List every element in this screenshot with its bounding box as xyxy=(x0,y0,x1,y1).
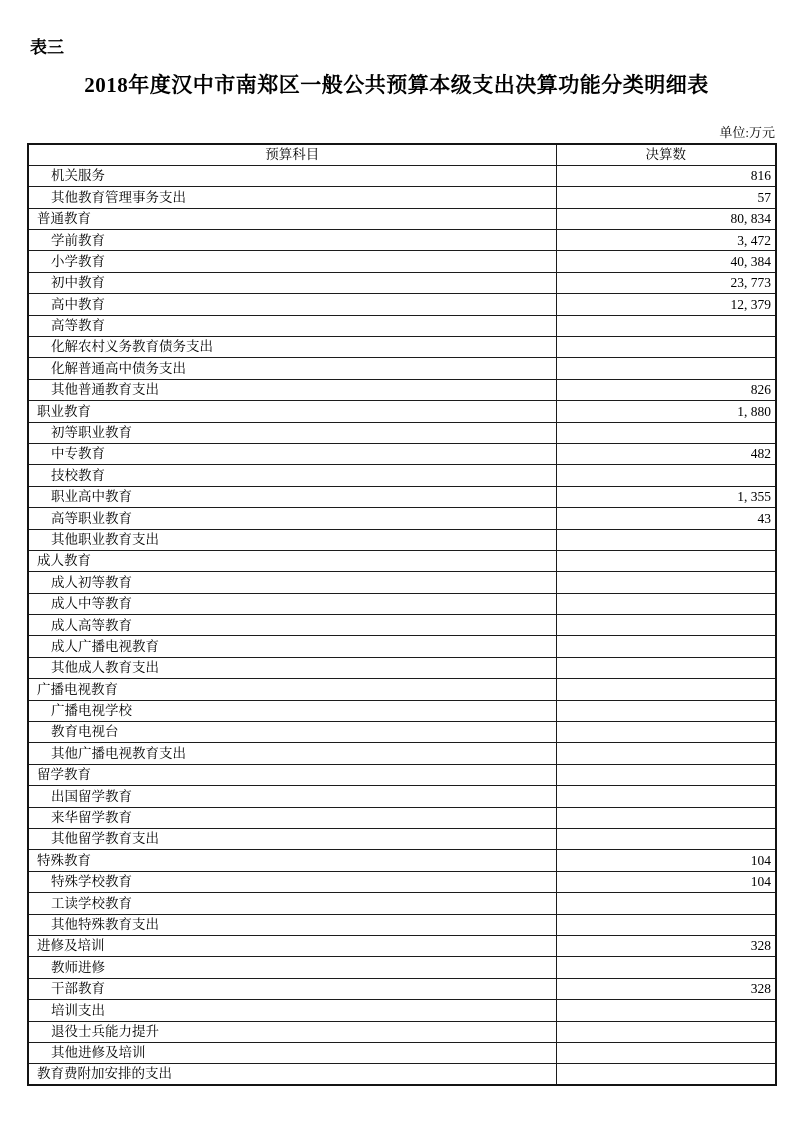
table-row: 初中教育23, 773 xyxy=(28,272,776,293)
subject-cell: 其他进修及培训 xyxy=(28,1042,556,1063)
page-title: 2018年度汉中市南郑区一般公共预算本级支出决算功能分类明细表 xyxy=(0,69,793,99)
table-row: 普通教育80, 834 xyxy=(28,208,776,229)
subject-cell: 成人高等教育 xyxy=(28,615,556,636)
amount-cell xyxy=(556,636,776,657)
table-row: 干部教育328 xyxy=(28,978,776,999)
amount-cell xyxy=(556,914,776,935)
amount-cell xyxy=(556,358,776,379)
table-row: 培训支出 xyxy=(28,1000,776,1021)
subject-cell: 教师进修 xyxy=(28,957,556,978)
amount-cell: 482 xyxy=(556,443,776,464)
subject-cell: 技校教育 xyxy=(28,465,556,486)
amount-cell xyxy=(556,893,776,914)
table-row: 技校教育 xyxy=(28,465,776,486)
amount-cell xyxy=(556,337,776,358)
amount-cell xyxy=(556,1021,776,1042)
table-row: 出国留学教育 xyxy=(28,786,776,807)
amount-cell xyxy=(556,700,776,721)
table-row: 退役士兵能力提升 xyxy=(28,1021,776,1042)
table-row: 成人初等教育 xyxy=(28,572,776,593)
amount-cell xyxy=(556,615,776,636)
table-row: 留学教育 xyxy=(28,764,776,785)
subject-cell: 来华留学教育 xyxy=(28,807,556,828)
table-row: 学前教育3, 472 xyxy=(28,230,776,251)
table-row: 来华留学教育 xyxy=(28,807,776,828)
subject-cell: 其他职业教育支出 xyxy=(28,529,556,550)
table-row: 化解普通高中债务支出 xyxy=(28,358,776,379)
table-row: 初等职业教育 xyxy=(28,422,776,443)
amount-cell: 3, 472 xyxy=(556,230,776,251)
table-row: 高中教育12, 379 xyxy=(28,294,776,315)
table-number-label: 表三 xyxy=(30,33,64,58)
subject-cell: 其他广播电视教育支出 xyxy=(28,743,556,764)
table-row: 其他特殊教育支出 xyxy=(28,914,776,935)
table-row: 成人高等教育 xyxy=(28,615,776,636)
table-row: 其他教育管理事务支出57 xyxy=(28,187,776,208)
amount-cell xyxy=(556,764,776,785)
subject-cell: 化解农村义务教育债务支出 xyxy=(28,337,556,358)
subject-cell: 成人中等教育 xyxy=(28,593,556,614)
amount-cell xyxy=(556,1064,776,1085)
amount-cell: 816 xyxy=(556,165,776,186)
table-row: 中专教育482 xyxy=(28,443,776,464)
table-row: 教师进修 xyxy=(28,957,776,978)
amount-cell xyxy=(556,786,776,807)
amount-cell: 1, 880 xyxy=(556,401,776,422)
subject-cell: 特殊学校教育 xyxy=(28,871,556,892)
amount-cell xyxy=(556,593,776,614)
subject-cell: 成人广播电视教育 xyxy=(28,636,556,657)
table-row: 成人广播电视教育 xyxy=(28,636,776,657)
amount-cell xyxy=(556,807,776,828)
unit-label: 单位:万元 xyxy=(719,122,775,141)
table-row: 其他广播电视教育支出 xyxy=(28,743,776,764)
subject-cell: 广播电视学校 xyxy=(28,700,556,721)
amount-cell: 80, 834 xyxy=(556,208,776,229)
table-row: 进修及培训328 xyxy=(28,935,776,956)
amount-cell: 57 xyxy=(556,187,776,208)
table-row: 成人中等教育 xyxy=(28,593,776,614)
subject-cell: 化解普通高中债务支出 xyxy=(28,358,556,379)
subject-cell: 广播电视教育 xyxy=(28,679,556,700)
amount-cell: 12, 379 xyxy=(556,294,776,315)
budget-table: 预算科目 决算数 机关服务816其他教育管理事务支出57普通教育80, 834学… xyxy=(27,143,777,1086)
amount-cell: 43 xyxy=(556,508,776,529)
table-row: 广播电视教育 xyxy=(28,679,776,700)
table-row: 高等职业教育43 xyxy=(28,508,776,529)
subject-cell: 特殊教育 xyxy=(28,850,556,871)
subject-cell: 进修及培训 xyxy=(28,935,556,956)
amount-cell xyxy=(556,957,776,978)
table-row: 教育电视台 xyxy=(28,722,776,743)
amount-cell xyxy=(556,422,776,443)
amount-cell xyxy=(556,1042,776,1063)
table-row: 成人教育 xyxy=(28,550,776,571)
subject-cell: 教育电视台 xyxy=(28,722,556,743)
subject-cell: 其他特殊教育支出 xyxy=(28,914,556,935)
table-row: 职业教育1, 880 xyxy=(28,401,776,422)
subject-cell: 职业教育 xyxy=(28,401,556,422)
amount-cell xyxy=(556,722,776,743)
subject-cell: 小学教育 xyxy=(28,251,556,272)
subject-cell: 其他教育管理事务支出 xyxy=(28,187,556,208)
amount-cell xyxy=(556,465,776,486)
column-header-subject: 预算科目 xyxy=(28,144,556,165)
subject-cell: 高等教育 xyxy=(28,315,556,336)
table-row: 工读学校教育 xyxy=(28,893,776,914)
table-row: 特殊教育104 xyxy=(28,850,776,871)
column-header-amount: 决算数 xyxy=(556,144,776,165)
table-row: 其他成人教育支出 xyxy=(28,657,776,678)
table-row: 其他留学教育支出 xyxy=(28,829,776,850)
table-row: 广播电视学校 xyxy=(28,700,776,721)
amount-cell xyxy=(556,1000,776,1021)
amount-cell: 328 xyxy=(556,978,776,999)
table-row: 其他进修及培训 xyxy=(28,1042,776,1063)
subject-cell: 机关服务 xyxy=(28,165,556,186)
subject-cell: 退役士兵能力提升 xyxy=(28,1021,556,1042)
subject-cell: 职业高中教育 xyxy=(28,486,556,507)
amount-cell: 826 xyxy=(556,379,776,400)
subject-cell: 普通教育 xyxy=(28,208,556,229)
subject-cell: 高中教育 xyxy=(28,294,556,315)
table-row: 教育费附加安排的支出 xyxy=(28,1064,776,1085)
subject-cell: 成人初等教育 xyxy=(28,572,556,593)
subject-cell: 出国留学教育 xyxy=(28,786,556,807)
subject-cell: 成人教育 xyxy=(28,550,556,571)
amount-cell xyxy=(556,657,776,678)
amount-cell: 104 xyxy=(556,850,776,871)
amount-cell xyxy=(556,743,776,764)
table-row: 高等教育 xyxy=(28,315,776,336)
subject-cell: 培训支出 xyxy=(28,1000,556,1021)
subject-cell: 其他成人教育支出 xyxy=(28,657,556,678)
subject-cell: 教育费附加安排的支出 xyxy=(28,1064,556,1085)
subject-cell: 其他普通教育支出 xyxy=(28,379,556,400)
amount-cell xyxy=(556,550,776,571)
subject-cell: 初等职业教育 xyxy=(28,422,556,443)
amount-cell: 104 xyxy=(556,871,776,892)
amount-cell xyxy=(556,679,776,700)
subject-cell: 高等职业教育 xyxy=(28,508,556,529)
document-page: 表三 2018年度汉中市南郑区一般公共预算本级支出决算功能分类明细表 单位:万元… xyxy=(0,0,793,1122)
table-row: 小学教育40, 384 xyxy=(28,251,776,272)
table-header-row: 预算科目 决算数 xyxy=(28,144,776,165)
table-row: 化解农村义务教育债务支出 xyxy=(28,337,776,358)
subject-cell: 学前教育 xyxy=(28,230,556,251)
subject-cell: 留学教育 xyxy=(28,764,556,785)
subject-cell: 中专教育 xyxy=(28,443,556,464)
table-row: 特殊学校教育104 xyxy=(28,871,776,892)
amount-cell xyxy=(556,572,776,593)
subject-cell: 工读学校教育 xyxy=(28,893,556,914)
subject-cell: 初中教育 xyxy=(28,272,556,293)
table-row: 机关服务816 xyxy=(28,165,776,186)
table-row: 其他普通教育支出826 xyxy=(28,379,776,400)
table-row: 其他职业教育支出 xyxy=(28,529,776,550)
amount-cell xyxy=(556,529,776,550)
amount-cell: 1, 355 xyxy=(556,486,776,507)
amount-cell: 40, 384 xyxy=(556,251,776,272)
amount-cell: 328 xyxy=(556,935,776,956)
amount-cell: 23, 773 xyxy=(556,272,776,293)
table-row: 职业高中教育1, 355 xyxy=(28,486,776,507)
subject-cell: 干部教育 xyxy=(28,978,556,999)
subject-cell: 其他留学教育支出 xyxy=(28,829,556,850)
amount-cell xyxy=(556,829,776,850)
amount-cell xyxy=(556,315,776,336)
